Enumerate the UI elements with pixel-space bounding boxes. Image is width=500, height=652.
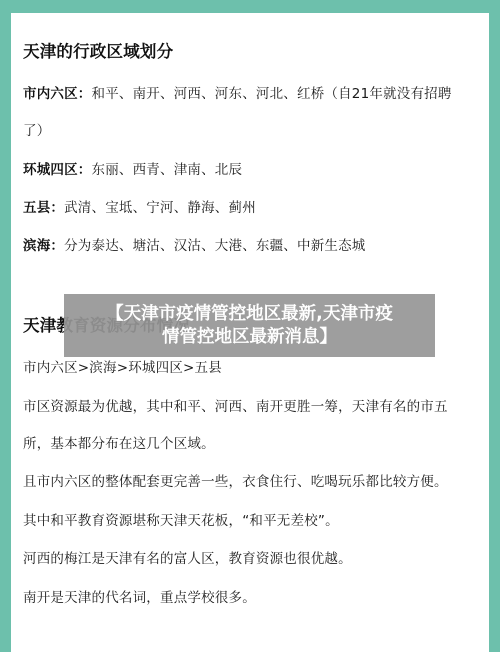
- division-row-ring-four: 环城四区：东丽、西青、津南、北辰: [23, 160, 242, 180]
- division-label: 五县：: [23, 200, 64, 216]
- section-title-admin-divisions: 天津的行政区域划分: [23, 40, 173, 64]
- division-value: 分为泰达、塘沽、汉沽、大港、东疆、中新生态城: [64, 238, 365, 254]
- banner-title-line-2: 情管控地区最新消息】: [162, 326, 337, 349]
- division-row-inner-six-cont: 了）: [23, 121, 50, 141]
- image-frame: 天津的行政区域划分 市内六区：和平、南开、河西、河东、河北、红桥（自21年就没有…: [0, 0, 500, 652]
- education-ranking: 市内六区>滨海>环城四区>五县: [23, 358, 222, 378]
- division-value: 东丽、西青、津南、北辰: [92, 162, 243, 178]
- paragraph-line: 市区资源最为优越，其中和平、河西、南开更胜一筹，天津有名的市五: [23, 397, 448, 417]
- division-row-inner-six: 市内六区：和平、南开、河西、河东、河北、红桥（自21年就没有招聘: [23, 84, 452, 104]
- division-value: 武清、宝坻、宁河、静海、蓟州: [64, 200, 256, 216]
- division-label: 环城四区：: [23, 162, 92, 178]
- banner-title-line-1: 【天津市疫情管控地区最新,天津市疫: [106, 303, 393, 326]
- paragraph-line: 所，基本都分布在这几个区域。: [23, 434, 215, 454]
- division-row-five-counties: 五县：武清、宝坻、宁河、静海、蓟州: [23, 198, 256, 218]
- division-label: 滨海：: [23, 238, 64, 254]
- division-row-binhai: 滨海：分为泰达、塘沽、汉沽、大港、东疆、中新生态城: [23, 236, 366, 256]
- paragraph-line: 且市内六区的整体配套更完善一些，衣食住行、吃喝玩乐都比较方便。: [23, 472, 448, 492]
- paragraph-line: 其中和平教育资源堪称天津天花板，“和平无差校”。: [23, 511, 339, 531]
- title-overlay-banner: 【天津市疫情管控地区最新,天津市疫 情管控地区最新消息】: [64, 294, 435, 357]
- division-value: 和平、南开、河西、河东、河北、红桥（自21年就没有招聘: [92, 86, 452, 102]
- paragraph-line: 河西的梅江是天津有名的富人区，教育资源也很优越。: [23, 549, 352, 569]
- division-label: 市内六区：: [23, 86, 92, 102]
- paragraph-line: 南开是天津的代名词，重点学校很多。: [23, 588, 256, 608]
